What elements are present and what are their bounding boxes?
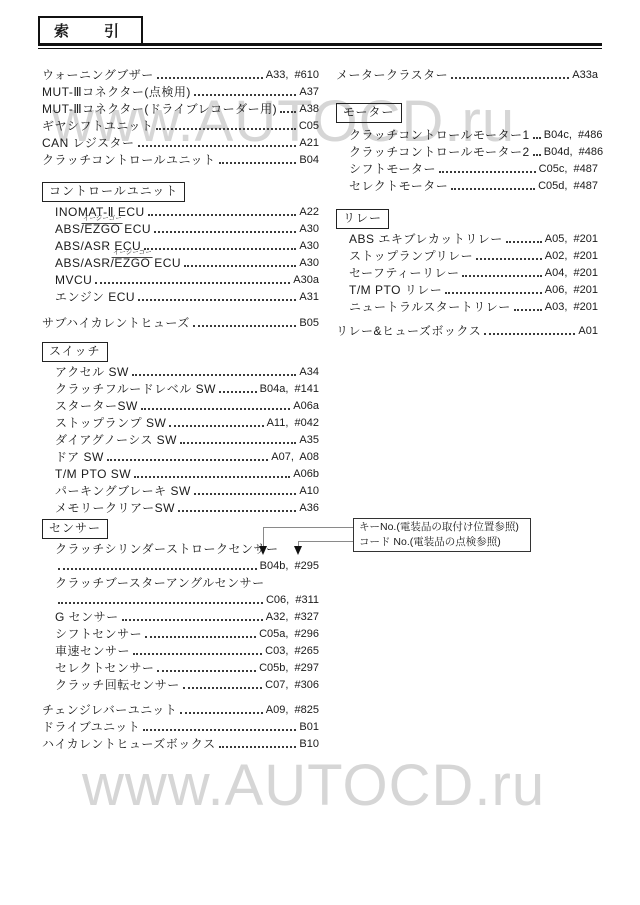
dot-leader — [533, 154, 541, 156]
section-header-motor: モーター — [336, 103, 402, 123]
dot-leader — [219, 391, 257, 393]
index-entry: クラッチコントロールモーター2 B04d, #486 — [349, 143, 598, 160]
dot-leader — [144, 248, 296, 250]
dot-leader — [133, 653, 262, 655]
entry-label: ドア SW — [55, 450, 104, 465]
furigana: イージーゴー — [112, 250, 153, 258]
entry-ref: C05 — [299, 119, 319, 134]
dot-leader — [193, 325, 297, 327]
page-content: 索 引 ウォーニングブザー A33, #610 MUT-Ⅲコネクター(点検用) … — [0, 0, 640, 905]
dot-leader — [484, 333, 575, 335]
entry-ref: B04d, #486 — [544, 145, 603, 160]
index-entry-continuation: B04b, #295 — [55, 557, 319, 574]
index-entry: CAN レジスター A21 — [42, 134, 319, 151]
index-entry: スターターSW A06a — [55, 397, 319, 414]
index-entry: T/M PTO SW A06b — [55, 465, 319, 482]
index-entry: ニュートラルスタートリレー A03, #201 — [349, 298, 598, 315]
dot-leader — [148, 214, 297, 216]
entry-ref: A06a — [293, 399, 319, 414]
dot-leader — [194, 493, 297, 495]
entry-ref: A34 — [299, 365, 319, 380]
right-column: メータークラスター A33a モーター クラッチコントロールモーター1 B04c… — [336, 66, 598, 339]
index-entry: セーフティーリレー A04, #201 — [349, 264, 598, 281]
entry-ref: B10 — [299, 737, 319, 752]
index-entry: クラッチブースターアングルセンサー — [55, 574, 319, 591]
entry-label: リレー&ヒューズボックス — [336, 324, 481, 339]
index-entry: ABS エキブレカットリレー A05, #201 — [349, 230, 598, 247]
index-entry: ドア SW A07, A08 — [55, 448, 319, 465]
entry-label: MUT-Ⅲコネクター(ドライブレコーダー用) — [42, 102, 277, 117]
dot-leader — [184, 265, 296, 267]
dot-leader — [462, 275, 541, 277]
entry-label: パーキングブレーキ SW — [55, 484, 191, 499]
entry-label: シフトモーター — [349, 162, 436, 177]
dot-leader — [157, 77, 263, 79]
page-title: 索 引 — [38, 16, 143, 46]
dot-leader — [194, 94, 297, 96]
entry-ref: B05 — [299, 316, 319, 331]
dot-leader — [154, 231, 296, 233]
index-entry: ギヤシフトユニット C05 — [42, 117, 319, 134]
dot-leader — [169, 425, 263, 427]
entry-label: ストップランプリレー — [349, 249, 473, 264]
dot-leader — [134, 476, 290, 478]
entry-ref: C03, #265 — [265, 644, 319, 659]
entry-label: チェンジレバーユニット — [42, 703, 177, 718]
header-rule — [38, 43, 602, 49]
dot-leader — [183, 687, 262, 689]
index-entry: T/M PTO リレー A06, #201 — [349, 281, 598, 298]
section-relay-entries: ABS エキブレカットリレー A05, #201 ストップランプリレー A02,… — [336, 230, 598, 315]
index-entry: セレクトセンサー C05b, #297 — [55, 659, 319, 676]
callout-arrow-1 — [259, 546, 267, 555]
entry-ref: A36 — [299, 501, 319, 516]
entry-ref: A07, A08 — [271, 450, 319, 465]
entry-label: MUT-Ⅲコネクター(点検用) — [42, 85, 191, 100]
index-entry: G センサー A32, #327 — [55, 608, 319, 625]
index-entry: パーキングブレーキ SW A10 — [55, 482, 319, 499]
index-entry: ABS/ASR ECU A30 — [55, 237, 319, 254]
index-entry: クラッチシリンダーストロークセンサー — [55, 540, 319, 557]
dot-leader — [533, 137, 541, 139]
dot-leader — [141, 408, 290, 410]
index-entry: サブハイカレントヒューズ B05 — [42, 314, 319, 331]
entry-label: ABS エキブレカットリレー — [349, 232, 503, 247]
index-entry: ハイカレントヒューズボックス B10 — [42, 735, 319, 752]
entry-label: メモリークリアーSW — [55, 501, 175, 516]
entry-label: ウォーニングブザー — [42, 68, 154, 83]
index-entry: 車速センサー C03, #265 — [55, 642, 319, 659]
entry-ref: B01 — [299, 720, 319, 735]
entry-label: スターターSW — [55, 399, 138, 414]
entry-ref: A09, #825 — [266, 703, 319, 718]
dot-leader — [138, 145, 297, 147]
entry-label: G センサー — [55, 610, 119, 625]
entry-label: アクセル SW — [55, 365, 129, 380]
index-entry: MUT-Ⅲコネクター(ドライブレコーダー用) A38 — [42, 100, 319, 117]
callout-leader-line-2 — [298, 541, 353, 542]
entry-label: ダイアグノーシス SW — [55, 433, 177, 448]
index-entry-continuation: C06, #311 — [55, 591, 319, 608]
dot-leader — [445, 292, 542, 294]
dot-leader — [451, 188, 535, 190]
index-entry: ダイアグノーシス SW A35 — [55, 431, 319, 448]
ruby-annotated-word: イージーゴーEZGO — [84, 222, 120, 237]
entry-ref: A30 — [299, 239, 319, 254]
legend-callout-box: キーNo.(電装品の取付け位置参照) コード No.(電装品の点検参照) — [353, 518, 531, 552]
entry-ref: C05c, #487 — [539, 162, 598, 177]
entry-ref: A04, #201 — [545, 266, 598, 281]
entry-ref: A06, #201 — [545, 283, 598, 298]
callout-arrow-2 — [294, 546, 302, 555]
index-entry: アクセル SW A34 — [55, 363, 319, 380]
entry-ref: A05, #201 — [545, 232, 598, 247]
dot-leader — [122, 619, 263, 621]
index-entry: セレクトモーター C05d, #487 — [349, 177, 598, 194]
entry-label: クラッチ回転センサー — [55, 678, 180, 693]
callout-leader-line-1 — [263, 527, 353, 528]
legend-code-no: コード No.(電装品の点検参照) — [359, 535, 525, 550]
entry-label: T/M PTO SW — [55, 467, 131, 482]
dot-leader — [219, 162, 297, 164]
section-control-unit-entries: INOMAT-Ⅱ ECU A22 ABS/イージーゴーEZGO ECU A30 … — [42, 203, 319, 305]
index-entry: チェンジレバーユニット A09, #825 — [42, 701, 319, 718]
dot-leader — [58, 568, 257, 570]
index-entry: ストップランプリレー A02, #201 — [349, 247, 598, 264]
entry-ref: A10 — [299, 484, 319, 499]
entry-ref: A35 — [299, 433, 319, 448]
entry-label: ハイカレントヒューズボックス — [42, 737, 216, 752]
entry-label: ドライブユニット — [42, 720, 140, 735]
entry-label: MVCU — [55, 273, 92, 288]
index-entry: クラッチコントロールユニット B04 — [42, 151, 319, 168]
callout-leader-drop-1 — [263, 527, 264, 547]
ruby-annotated-word: イージーゴーEZGO — [114, 256, 150, 271]
dot-leader — [514, 309, 542, 311]
entry-ref: A30 — [299, 222, 319, 237]
entry-ref: A21 — [299, 136, 319, 151]
entry-ref: C05b, #297 — [259, 661, 319, 676]
entry-label: クラッチコントロールユニット — [42, 153, 216, 168]
dot-leader — [145, 636, 256, 638]
dot-leader — [156, 128, 295, 130]
entry-ref: A37 — [299, 85, 319, 100]
entry-ref: C07, #306 — [265, 678, 319, 693]
section-header-switch: スイッチ — [42, 342, 108, 362]
entry-label: サブハイカレントヒューズ — [42, 316, 190, 331]
dot-leader — [178, 510, 296, 512]
left-column: ウォーニングブザー A33, #610 MUT-Ⅲコネクター(点検用) A37 … — [42, 66, 319, 752]
entry-label: ABS/イージーゴーEZGO ECU — [55, 222, 151, 237]
section-header-relay: リレー — [336, 209, 389, 229]
entry-ref: B04c, #486 — [544, 128, 603, 143]
entry-label: ABS/ASR/イージーゴーEZGO ECU — [55, 256, 181, 271]
entry-ref: A02, #201 — [545, 249, 598, 264]
entry-label: クラッチブースターアングルセンサー — [55, 576, 265, 591]
index-entry: MUT-Ⅲコネクター(点検用) A37 — [42, 83, 319, 100]
entry-ref: B04a, #141 — [260, 382, 319, 397]
entry-ref: A30a — [293, 273, 319, 288]
entry-label: セレクトセンサー — [55, 661, 154, 676]
index-entry: ウォーニングブザー A33, #610 — [42, 66, 319, 83]
entry-label: ストップランプ SW — [55, 416, 166, 431]
entry-ref: C05a, #296 — [259, 627, 319, 642]
entry-ref: A32, #327 — [266, 610, 319, 625]
entry-label: メータークラスター — [336, 68, 448, 83]
index-entry: シフトセンサー C05a, #296 — [55, 625, 319, 642]
entry-ref: B04b, #295 — [260, 559, 319, 574]
index-entry: クラッチフルードレベル SW B04a, #141 — [55, 380, 319, 397]
entry-label: クラッチシリンダーストロークセンサー — [55, 542, 278, 557]
entry-label: ニュートラルスタートリレー — [349, 300, 511, 315]
index-entry: ABS/イージーゴーEZGO ECU A30 — [55, 220, 319, 237]
dot-leader — [180, 712, 263, 714]
index-entry: クラッチコントロールモーター1 B04c, #486 — [349, 126, 598, 143]
dot-leader — [439, 171, 536, 173]
index-entry: リレー&ヒューズボックス A01 — [336, 322, 598, 339]
index-entry: ストップランプ SW A11, #042 — [55, 414, 319, 431]
entry-ref: A30 — [299, 256, 319, 271]
dot-leader — [132, 374, 297, 376]
entry-label: エンジン ECU — [55, 290, 135, 305]
dot-leader — [280, 111, 296, 113]
index-entry: シフトモーター C05c, #487 — [349, 160, 598, 177]
index-entry: ABS/ASR/イージーゴーEZGO ECU A30 — [55, 254, 319, 271]
index-entry: メータークラスター A33a — [336, 66, 598, 83]
entry-ref: A01 — [578, 324, 598, 339]
section-motor-entries: クラッチコントロールモーター1 B04c, #486 クラッチコントロールモータ… — [336, 126, 598, 194]
section-header-sensor: センサー — [42, 519, 108, 539]
entry-label: 車速センサー — [55, 644, 130, 659]
section-switch-entries: アクセル SW A34 クラッチフルードレベル SW B04a, #141 スタ… — [42, 363, 319, 516]
dot-leader — [95, 282, 290, 284]
entry-label: クラッチフルードレベル SW — [55, 382, 216, 397]
section-sensor-entries: クラッチシリンダーストロークセンサー B04b, #295 クラッチブースターア… — [42, 540, 319, 693]
entry-ref: C05d, #487 — [538, 179, 598, 194]
entry-label: CAN レジスター — [42, 136, 135, 151]
index-entry: メモリークリアーSW A36 — [55, 499, 319, 516]
index-entry: クラッチ回転センサー C07, #306 — [55, 676, 319, 693]
entry-label: T/M PTO リレー — [349, 283, 442, 298]
dot-leader — [138, 299, 296, 301]
dot-leader — [219, 746, 297, 748]
section-header-control-unit: コントロールユニット — [42, 182, 185, 202]
left-bottom-entries: チェンジレバーユニット A09, #825 ドライブユニット B01 ハイカレン… — [42, 701, 319, 752]
entry-ref: A11, #042 — [267, 416, 319, 431]
index-entry: エンジン ECU A31 — [55, 288, 319, 305]
entry-label: シフトセンサー — [55, 627, 142, 642]
entry-ref: B04 — [299, 153, 319, 168]
entry-ref: A22 — [299, 205, 319, 220]
entry-ref: A38 — [299, 102, 319, 117]
dot-leader — [143, 729, 296, 731]
dot-leader — [157, 670, 256, 672]
entry-ref: A06b — [293, 467, 319, 482]
entry-label: ギヤシフトユニット — [42, 119, 153, 134]
entry-label: セレクトモーター — [349, 179, 448, 194]
entry-label: セーフティーリレー — [349, 266, 459, 281]
dot-leader — [107, 459, 268, 461]
dot-leader — [58, 602, 263, 604]
furigana: イージーゴー — [82, 216, 123, 224]
entry-ref: A33a — [572, 68, 598, 83]
index-entry: MVCU A30a — [55, 271, 319, 288]
entry-ref: A03, #201 — [545, 300, 598, 315]
dot-leader — [180, 442, 296, 444]
dot-leader — [506, 241, 542, 243]
entry-ref: A33, #610 — [266, 68, 319, 83]
entry-ref: A31 — [299, 290, 319, 305]
index-entry: ドライブユニット B01 — [42, 718, 319, 735]
legend-key-no: キーNo.(電装品の取付け位置参照) — [359, 520, 525, 535]
entry-ref: C06, #311 — [266, 593, 319, 608]
index-page: www.AUTOCD.ru www.AUTOCD.ru 索 引 ウォーニングブザ… — [0, 0, 640, 905]
entry-label: クラッチコントロールモーター1 — [349, 128, 530, 143]
dot-leader — [451, 77, 569, 79]
entry-label: クラッチコントロールモーター2 — [349, 145, 530, 160]
dot-leader — [476, 258, 542, 260]
